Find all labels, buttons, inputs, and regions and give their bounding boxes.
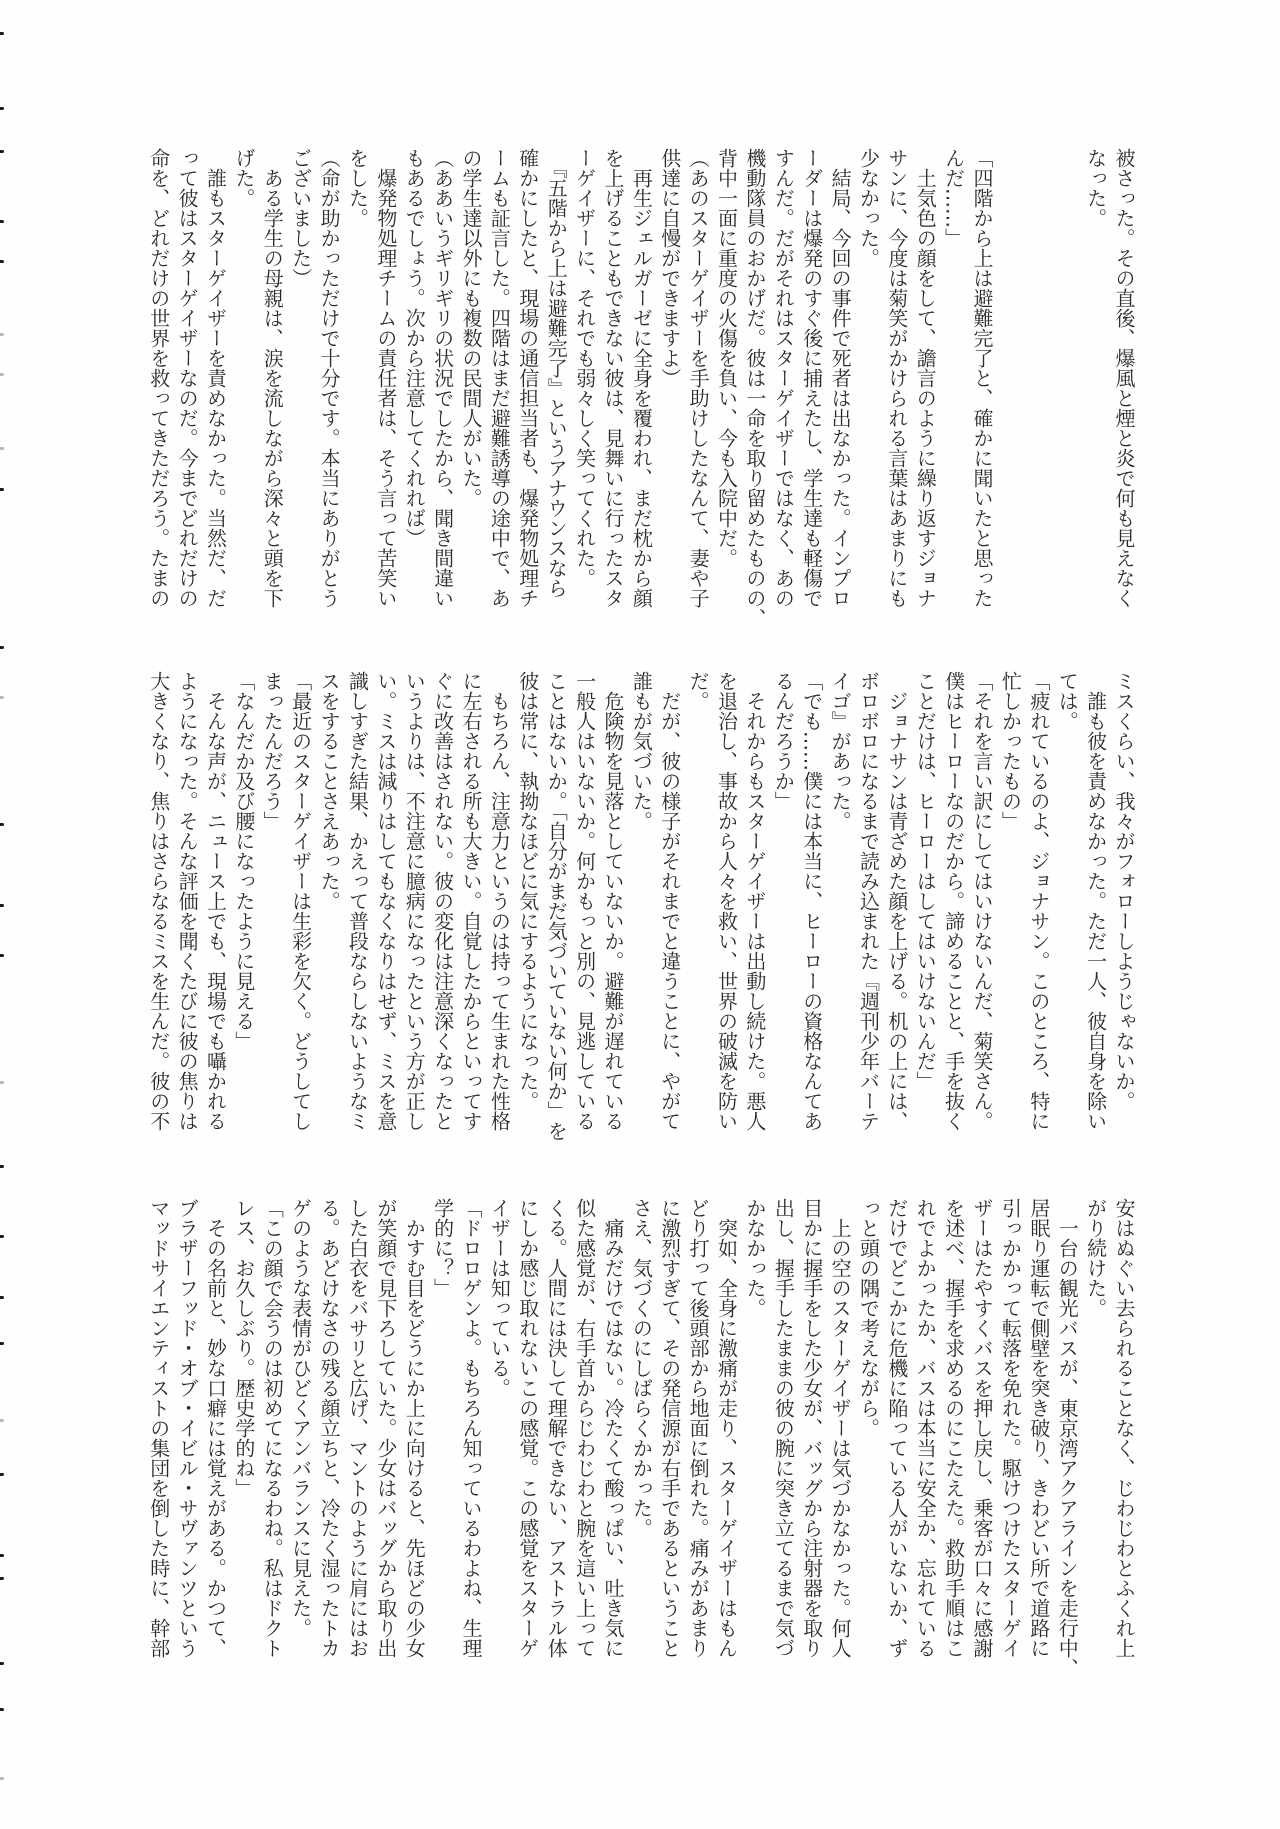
scanned-novel-page: 被さった。その直後、爆風と煙と炎で何も見えなく なった。 「四階から上は避難完了… [0, 0, 1280, 1829]
binding-mark [0, 1554, 4, 1557]
binding-mark [0, 260, 4, 263]
text-column: 少なかった。 [854, 148, 882, 628]
text-column: んだ……」 [939, 148, 967, 628]
text-column: を述べ、握手を求めるのにこたえた。救助手順はこ [939, 1198, 967, 1678]
text-column: ては。 [1053, 671, 1081, 1151]
text-column: 痛みだけではない。冷たくて酸っぱい、吐き気に [599, 1198, 627, 1678]
text-column: 「疲れているのよ、ジョナサン。このところ、特に [1024, 671, 1052, 1151]
text-column: だけでどこかに危機に陥っている人がいないか、ず [882, 1198, 910, 1678]
text-column: 「最近のスターゲイザーは生彩を欠く。どうしてし [286, 671, 314, 1151]
text-column: サンに、今度は菊笑がかけられる言葉はあまりにも [882, 148, 910, 628]
text-column: した白衣をバサリと広げ、マントのように肩にはお [343, 1198, 371, 1678]
text-tier-2: ミスくらい、我々がフォローしようじゃないか。 誰も彼を責めなかった。ただ一人、彼… [144, 671, 1138, 1151]
binding-mark [0, 823, 4, 826]
text-column: 居眠り運転で側壁を突き破り、きわどい所で道路に [1024, 1198, 1052, 1678]
text-column: イザーは知っている。 [485, 1198, 513, 1678]
text-column: 供達に自慢ができますよ） [655, 148, 683, 628]
text-column: にしか感じ取れないこの感覚。この感覚をスターゲ [513, 1198, 541, 1678]
text-column: スをすることさえあった。 [315, 671, 343, 1151]
text-column: ーゲイザーに、それでも弱々しく笑ってくれた。 [570, 148, 598, 628]
text-column: ことだけは、ヒーローはしてはいけないんだ」 [911, 671, 939, 1151]
text-column: を上げることもできない彼は、見舞いに行ったスタ [599, 148, 627, 628]
text-column: 大きくなり、焦りはさらなるミスを生んだ。彼の不 [144, 671, 172, 1151]
blank-column [1053, 148, 1081, 628]
text-column: すんだ。だがそれはスターゲイザーではなく、あの [769, 148, 797, 628]
text-column: ブラザーフッド・オブ・イビル・サヴァンツという [173, 1198, 201, 1678]
text-column: 命を、どれだけの世界を救ってきただろう。たまの [144, 148, 172, 628]
text-column: 目かに握手をした少女が、バッグから注射器を取り [797, 1198, 825, 1678]
text-column: ようになった。そんな評価を聞くたびに彼の焦りは [173, 671, 201, 1151]
text-column: 土気色の顔をして、譫言のように繰り返すジョナ [911, 148, 939, 628]
text-column: ございました） [286, 148, 314, 628]
text-column: が笑顔で見下ろしていた。少女はバッグから取り出 [371, 1198, 399, 1678]
text-column: がり続けた。 [1081, 1198, 1109, 1678]
text-column: 学的に？」 [428, 1198, 456, 1678]
text-column: 機動隊員のおかげだ。彼は一命を取り留めたものの、 [741, 148, 769, 628]
text-column: ことはないか。「自分がまだ気づいていない何か」を [542, 671, 570, 1151]
text-column: い。ミスは減りはしてもなくなりはせず、ミスを意 [371, 671, 399, 1151]
text-column: どり打って後頭部から地面に倒れた。痛みがあまり [684, 1198, 712, 1678]
text-column: 再生ジェルガーゼに全身を覆われ、まだ枕から顔 [627, 148, 655, 628]
text-column: （命が助かっただけで十分です。本当にありがとう [315, 148, 343, 628]
text-column: かなかった。 [741, 1198, 769, 1678]
text-column: 忙しかったもの」 [996, 671, 1024, 1151]
binding-mark [0, 1473, 4, 1476]
text-column: の学生達以外にも複数の民間人がいた。 [457, 148, 485, 628]
text-column: げた。 [230, 148, 258, 628]
text-column: そんな声が、ニュース上でも、現場でも囁かれる [201, 671, 229, 1151]
text-column: 誰も彼を責めなかった。ただ一人、彼自身を除い [1081, 671, 1109, 1151]
binding-mark [0, 150, 4, 153]
text-column: くる。人間には決して理解できない、アストラル体 [542, 1198, 570, 1678]
binding-mark [0, 32, 4, 35]
text-column: 誰もスターゲイザーを責めなかった。当然だ、だ [201, 148, 229, 628]
text-column: （ああいうギリギリの状況でしたから、聞き間違い [428, 148, 456, 628]
text-column: れでよかったか、バスは本当に安全か、忘れている [911, 1198, 939, 1678]
text-column: それからもスターゲイザーは出動し続けた。悪人 [741, 671, 769, 1151]
blank-column [996, 148, 1024, 628]
text-column: もちろん、注意力というのは持って生まれた性格 [485, 671, 513, 1151]
binding-mark [0, 373, 4, 376]
text-column: 「ドロロゲンよ。もちろん知っているわよね、生理 [457, 1198, 485, 1678]
text-column: ーダーは爆発のすぐ後に捕えたし、学生達も軽傷で [797, 148, 825, 628]
binding-mark [0, 1296, 4, 1299]
text-column: 「四階から上は避難完了と、確かに聞いたと思った [968, 148, 996, 628]
text-column: るんだろうか」 [769, 671, 797, 1151]
binding-mark [0, 107, 4, 110]
text-column: に激烈すぎて、その発信源が右手であるということ [655, 1198, 683, 1678]
text-column: ある学生の母親は、涙を流しながら深々と頭を下 [258, 148, 286, 628]
binding-mark [0, 1662, 4, 1665]
text-column: 安はぬぐい去られることなく、じわじわとふくれ上 [1110, 1198, 1138, 1678]
text-column: マッドサイエンティストの集団を倒した時に、幹部 [144, 1198, 172, 1678]
text-column: 彼は常に、執拗なほどに気にするようになった。 [513, 671, 541, 1151]
text-column: 爆発物処理チームの責任者は、そう言って苦笑い [371, 148, 399, 628]
text-column: ゲのような表情がひどくアンバランスに見えた。 [286, 1198, 314, 1678]
binding-mark [0, 954, 4, 957]
text-column: に左右される所も大きい。自覚したからといってす [457, 671, 485, 1151]
text-column: ザーはたやすくバスを押し戻し、乗客が口々に感謝 [968, 1198, 996, 1678]
binding-mark [0, 1419, 4, 1422]
text-column: いうよりは、不注意に臆病になったという方が正し [400, 671, 428, 1151]
text-tier-1: 被さった。その直後、爆風と煙と炎で何も見えなく なった。 「四階から上は避難完了… [144, 148, 1138, 628]
text-column: 「この顔で会うのは初めてになるわね。私はドクト [258, 1198, 286, 1678]
text-column: その名前と、妙な口癖には覚えがある。かつて、 [201, 1198, 229, 1678]
text-column: 背中一面に重度の火傷を負い、今も入院中だ。 [712, 148, 740, 628]
text-column: だが、彼の様子がそれまでと違うことに、やがて [655, 671, 683, 1151]
binding-mark [0, 1235, 4, 1238]
text-column: 被さった。その直後、爆風と煙と炎で何も見えなく [1110, 148, 1138, 628]
text-column: ボロボロになるまで読み込まれた『週刊少年バーテ [854, 671, 882, 1151]
text-column: ームも証言した。四階はまだ避難誘導の途中で、あ [485, 148, 513, 628]
text-column: 危険物を見落としていないか。避難が遅れている [599, 671, 627, 1151]
text-column: 誰もが気づいた。 [627, 671, 655, 1151]
text-tier-3: 安はぬぐい去られることなく、じわじわとふくれ上 がり続けた。 一台の観光バスが、… [144, 1198, 1138, 1678]
text-column: 出し、握手したままの彼の腕に突き立てるまで気づ [769, 1198, 797, 1678]
text-column: 「それを言い訳にしてはいけないんだ、菊笑さん。 [968, 671, 996, 1151]
text-column: （あのスターゲイザーを手助けしたなんて、妻や子 [684, 148, 712, 628]
blank-column [1024, 148, 1052, 628]
text-column: 「なんだか及び腰になったように見える」 [230, 671, 258, 1151]
text-column: イゴ』があった。 [826, 671, 854, 1151]
binding-mark [0, 1577, 4, 1580]
text-column: 確かにしたと、現場の通信担当者も、爆発物処理チ [513, 148, 541, 628]
text-column: 「でも……僕には本当に、ヒーローの資格なんてあ [797, 671, 825, 1151]
binding-mark [0, 220, 4, 223]
text-column: 似た感覚が、右手首からじわじわと腕を這い上って [570, 1198, 598, 1678]
text-column: る。あどけなさの残る顔立ちと、冷たく湿ったトカ [315, 1198, 343, 1678]
text-column: かすむ目をどうにか上に向けると、先ほどの少女 [400, 1198, 428, 1678]
text-column: ジョナサンは青ざめた顔を上げる。机の上には、 [882, 671, 910, 1151]
text-column: なった。 [1081, 148, 1109, 628]
text-column: まったんだろう」 [258, 671, 286, 1151]
text-column: 僕はヒーローなのだから。諦めることと、手を抜く [939, 671, 967, 1151]
binding-mark [0, 447, 4, 450]
binding-mark [0, 1081, 4, 1084]
text-column: を退治し、事故から人々を救い、世界の破滅を防い [712, 671, 740, 1151]
text-column: をした。 [343, 148, 371, 628]
binding-mark [0, 1777, 4, 1780]
binding-mark [0, 1708, 4, 1711]
binding-mark [0, 696, 4, 699]
binding-mark [0, 1342, 4, 1345]
text-column: 結局、今回の事件で死者は出なかった。インプロ [826, 148, 854, 628]
text-column: 一般人はいないか。何かもっと別の、見逃している [570, 671, 598, 1151]
text-column: さえ、気づくのにしばらくかかった。 [627, 1198, 655, 1678]
text-column: レス、お久しぶり。歴史学的ね」 [230, 1198, 258, 1678]
binding-mark [0, 333, 4, 336]
text-column: 突如、全身に激痛が走り、スターゲイザーはもん [712, 1198, 740, 1678]
text-column: ミスくらい、我々がフォローしようじゃないか。 [1110, 671, 1138, 1151]
text-column: って彼はスターゲイザーなのだ。今までどれだけの [173, 148, 201, 628]
binding-mark [0, 904, 4, 907]
text-column: だ。 [684, 671, 712, 1151]
text-column: っと頭の隅で考えながら。 [854, 1198, 882, 1678]
text-column: 上の空のスターゲイザーは気づかなかった。何人 [826, 1198, 854, 1678]
text-column: 『五階から上は避難完了』というアナウンスなら [542, 148, 570, 628]
binding-mark [0, 488, 4, 491]
binding-mark [0, 1165, 4, 1168]
text-column: 識しすぎた結果、かえって普段ならしないようなミ [343, 671, 371, 1151]
text-column: 一台の観光バスが、東京湾アクアラインを走行中、 [1053, 1198, 1081, 1678]
text-column: ぐに改善はされない。彼の変化は注意深くなったと [428, 671, 456, 1151]
text-column: 引っかかって転落を免れた。駆けつけたスターゲイ [996, 1198, 1024, 1678]
text-column: もあるでしょう。次から注意してくれれば） [400, 148, 428, 628]
binding-mark [0, 646, 4, 649]
